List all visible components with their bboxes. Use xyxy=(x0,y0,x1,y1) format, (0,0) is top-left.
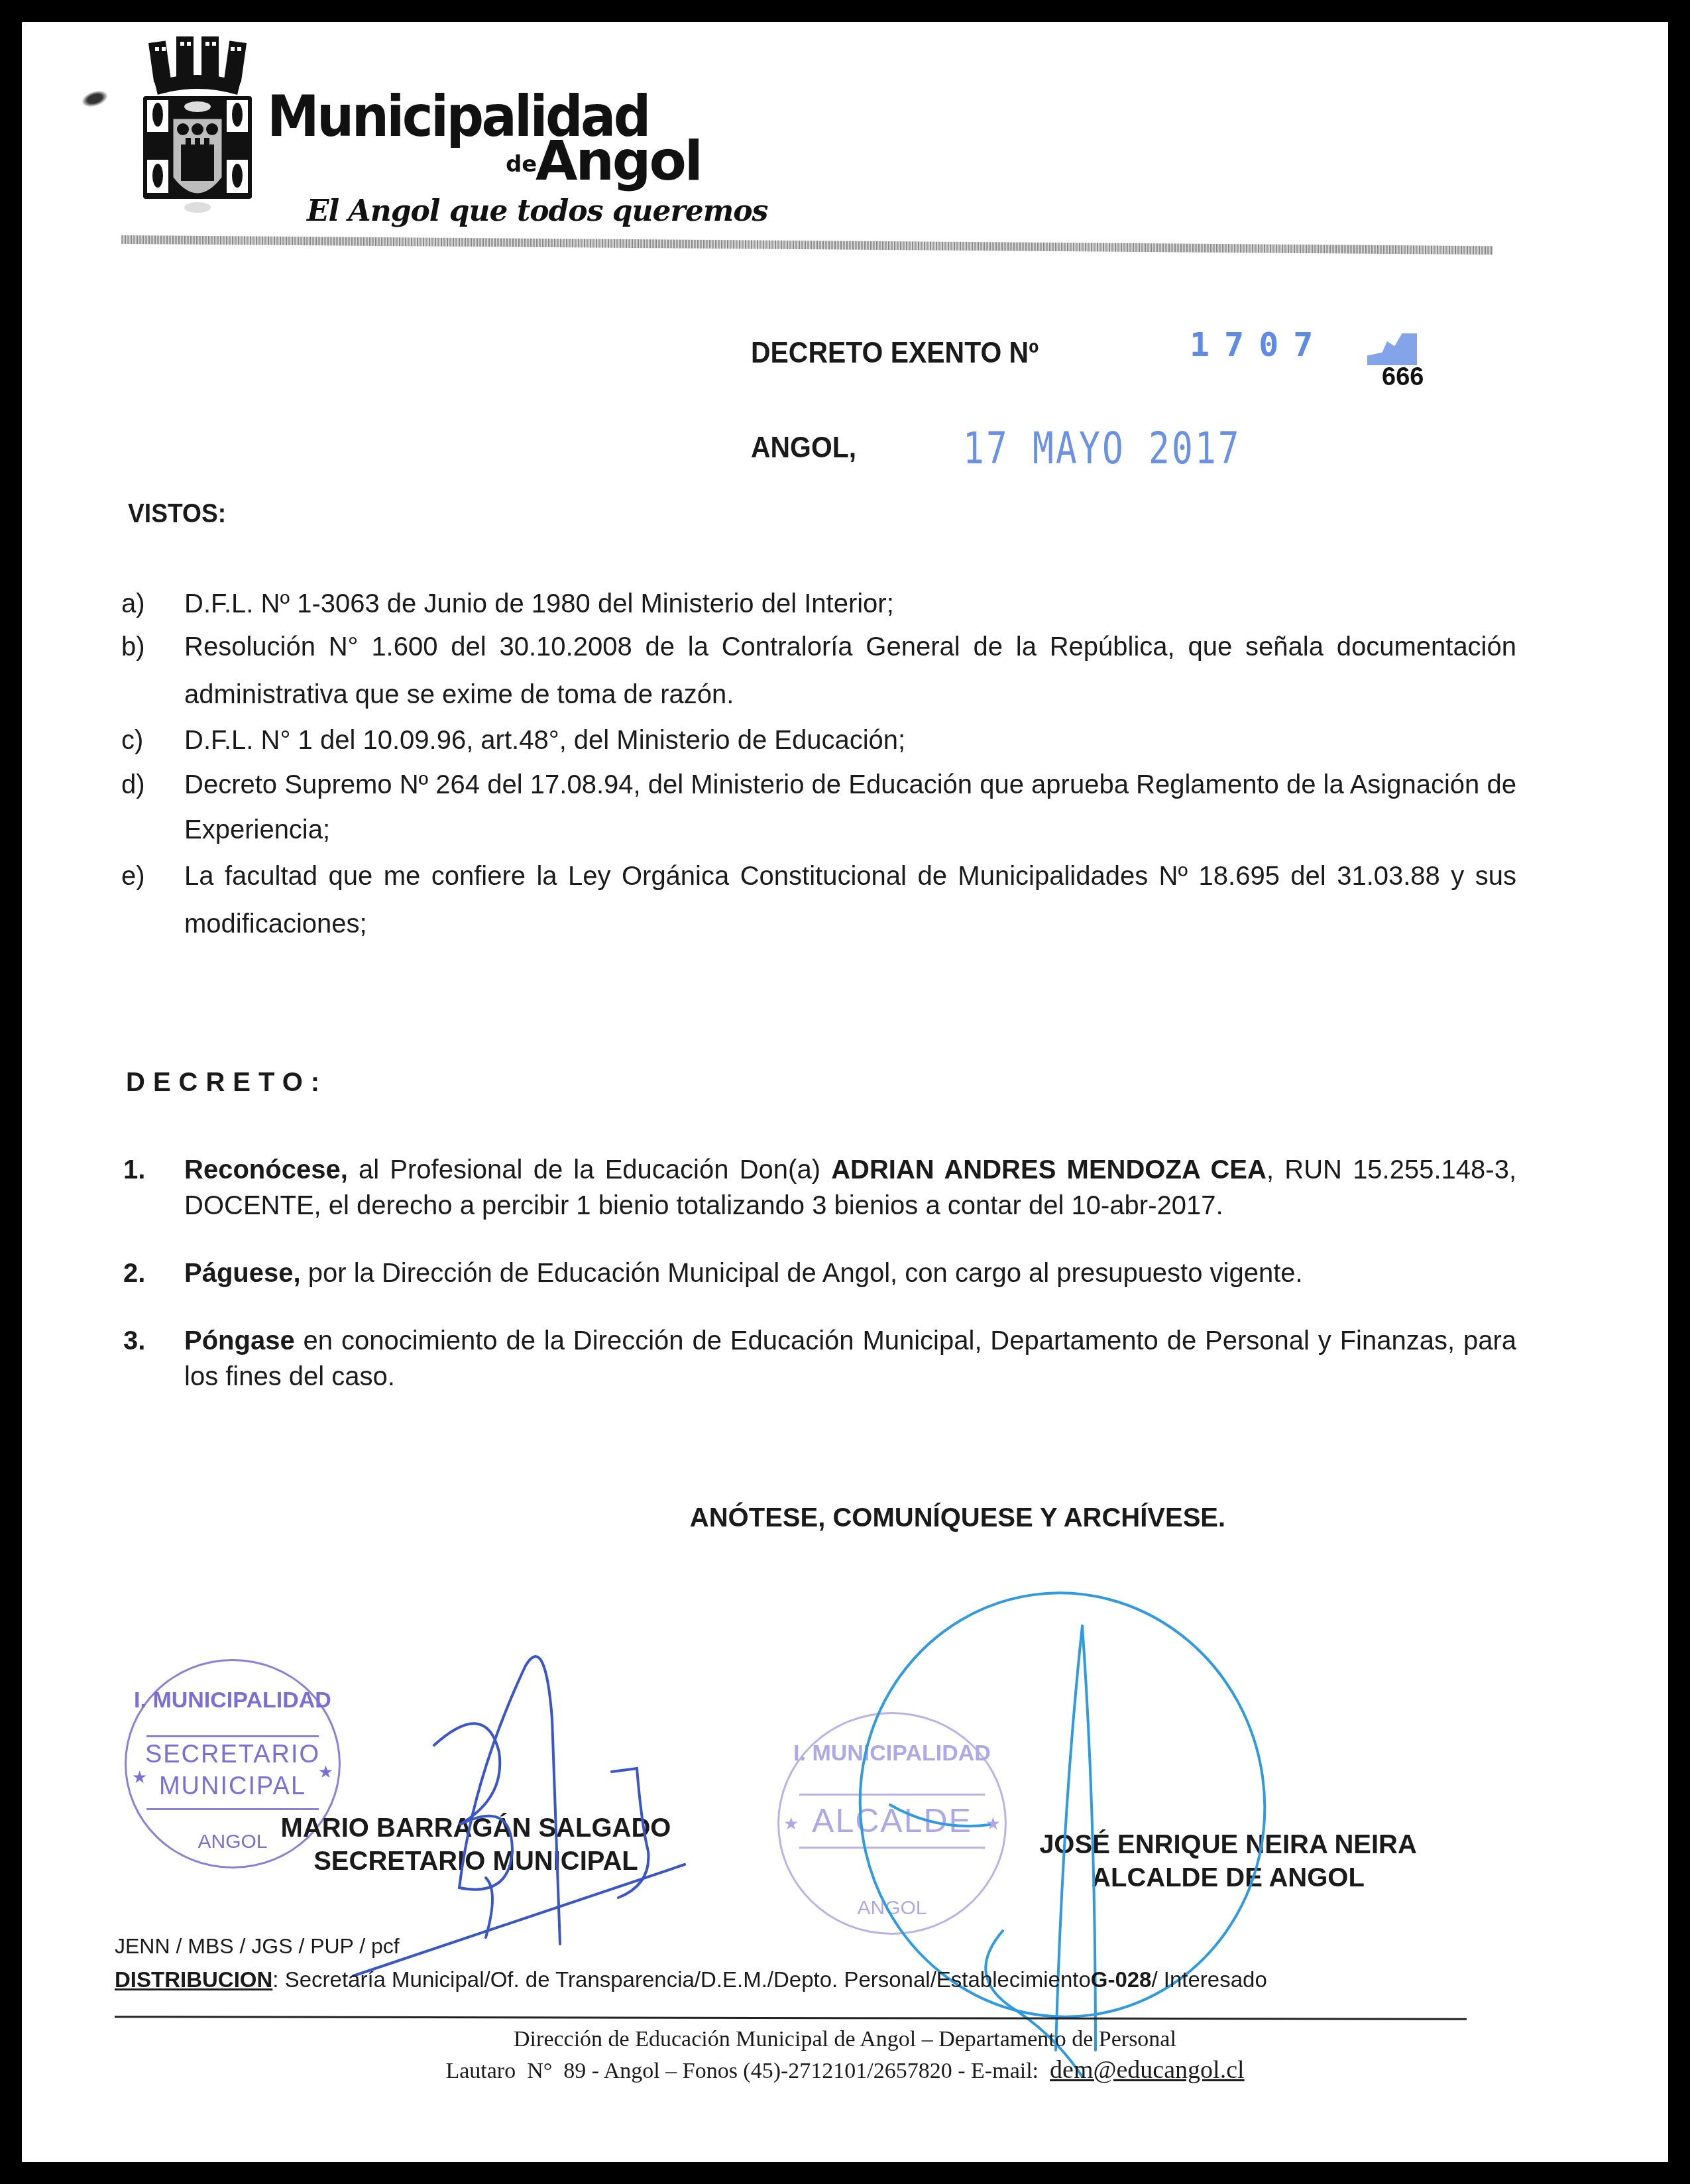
seal-rule xyxy=(146,1735,319,1737)
brand-angol: Angol xyxy=(535,135,701,189)
stamp-ink-blot xyxy=(1367,333,1417,365)
mayor-title: ALCALDE DE ANGOL xyxy=(1009,1861,1447,1894)
decreto-item: 1. Reconócese, al Profesional de la Educ… xyxy=(121,1152,1516,1224)
footer-divider xyxy=(115,2016,1467,2020)
seal-rule xyxy=(799,1794,985,1796)
vistos-item: d) Decreto Supremo Nº 264 del 17.08.94, … xyxy=(121,762,1516,852)
seal-rule xyxy=(799,1847,985,1849)
secretary-name: MARIO BARRAGÁN SALGADO xyxy=(244,1811,708,1845)
seal-text: MUNICIPAL xyxy=(127,1772,339,1801)
item-marker: c) xyxy=(121,718,143,762)
document-page: Municipalidad de Angol El Angol que todo… xyxy=(22,22,1668,2162)
seal-top-text: I. MUNICIPALIDAD xyxy=(127,1688,339,1713)
vistos-item: a) D.F.L. Nº 1-3063 de Junio de 1980 del… xyxy=(121,582,1516,626)
decree-label: DECRETO EXENTO Nº xyxy=(751,337,1039,370)
beneficiary-name: ADRIAN ANDRES MENDOZA CEA xyxy=(831,1155,1267,1184)
vistos-item: e) La facultad que me confiere la Ley Or… xyxy=(121,852,1516,948)
decreto-heading: DECRETO: xyxy=(126,1068,327,1098)
distribution-text: : Secretaría Municipal/Of. de Transparen… xyxy=(272,1967,1090,1992)
vistos-item: b) Resolución N° 1.600 del 30.10.2008 de… xyxy=(121,623,1516,718)
closing-formula: ANÓTESE, COMUNÍQUESE Y ARCHÍVESE. xyxy=(22,1503,1668,1533)
brand-slogan: El Angol que todos queremos xyxy=(307,194,767,228)
seal-top-text: I. MUNICIPALIDAD xyxy=(779,1741,1005,1766)
vistos-item: c) D.F.L. N° 1 del 10.09.96, art.48°, de… xyxy=(121,718,1516,762)
item-text: Resolución N° 1.600 del 30.10.2008 de la… xyxy=(184,623,1516,718)
item-marker: 2. xyxy=(123,1255,145,1291)
item-text: por la Dirección de Educación Municipal … xyxy=(301,1259,1303,1288)
scan-smudge xyxy=(80,87,110,109)
item-lead: Reconócese, xyxy=(184,1155,348,1184)
coat-of-arms-icon xyxy=(138,29,257,224)
decreto-item: 3. Póngase en conocimiento de la Direcci… xyxy=(121,1323,1516,1395)
seal-bottom-text: ANGOL xyxy=(779,1897,1005,1920)
item-marker: e) xyxy=(121,852,145,900)
vistos-heading: VISTOS: xyxy=(128,499,226,529)
item-marker: 3. xyxy=(123,1323,145,1359)
seal-text: ALCALDE xyxy=(779,1802,1005,1840)
decree-suffix-number: 666 xyxy=(1382,363,1424,392)
seal-rule xyxy=(146,1808,319,1810)
item-text: al Profesional de la Educación Don(a) xyxy=(348,1155,831,1184)
mayor-seal: I. MUNICIPALIDAD ALCALDE ★ ★ ANGOL xyxy=(777,1712,1007,1935)
item-marker: d) xyxy=(121,762,145,807)
initials-line: JENN / MBS / JGS / PUP / pcf xyxy=(115,1934,400,1959)
item-text: D.F.L. N° 1 del 10.09.96, art.48°, del M… xyxy=(184,718,1516,762)
item-marker: b) xyxy=(121,623,145,671)
star-icon: ★ xyxy=(132,1767,147,1788)
item-marker: a) xyxy=(121,582,145,626)
secretary-signature-block: MARIO BARRAGÁN SALGADO SECRETARIO MUNICI… xyxy=(244,1811,708,1878)
place-label: ANGOL, xyxy=(751,431,856,465)
item-marker: 1. xyxy=(123,1152,145,1188)
star-icon: ★ xyxy=(783,1813,799,1834)
distribution-tail: / Interesado xyxy=(1151,1967,1267,1992)
secretary-title: SECRETARIO MUNICIPAL xyxy=(244,1845,708,1878)
decreto-list: 1. Reconócese, al Profesional de la Educ… xyxy=(121,1152,1516,1426)
item-text: Decreto Supremo Nº 264 del 17.08.94, del… xyxy=(184,762,1516,852)
mayor-signature-block: JOSÉ ENRIQUE NEIRA NEIRA ALCALDE DE ANGO… xyxy=(1009,1828,1447,1894)
item-text: D.F.L. Nº 1-3063 de Junio de 1980 del Mi… xyxy=(184,582,1516,626)
stamped-decree-number: 1707 xyxy=(1190,325,1327,364)
star-icon: ★ xyxy=(986,1813,1001,1834)
distribution-code: G-028 xyxy=(1091,1967,1152,1992)
item-text: en conocimiento de la Dirección de Educa… xyxy=(184,1326,1516,1391)
seal-text: SECRETARIO xyxy=(127,1741,339,1769)
footer-contact: Lautaro N° 89 - Angol – Fonos (45)-27121… xyxy=(22,2055,1668,2085)
footer-department: Dirección de Educación Municipal de Ango… xyxy=(22,2027,1668,2052)
star-icon: ★ xyxy=(318,1762,333,1782)
distribution-line: DISTRIBUCION: Secretaría Municipal/Of. d… xyxy=(115,1967,1267,1992)
decreto-item: 2. Páguese, por la Dirección de Educació… xyxy=(121,1255,1516,1291)
distribution-label: DISTRIBUCION xyxy=(115,1967,272,1992)
brand-de: de xyxy=(506,151,537,178)
item-text: La facultad que me confiere la Ley Orgán… xyxy=(184,852,1516,948)
stamped-date: 17 MAYO 2017 xyxy=(963,423,1241,474)
footer-address: Lautaro N° 89 - Angol – Fonos (45)-27121… xyxy=(445,2059,1050,2083)
footer-email-link[interactable]: dem@educangol.cl xyxy=(1050,2056,1245,2084)
header-divider xyxy=(121,235,1493,255)
vistos-list: a) D.F.L. Nº 1-3063 de Junio de 1980 del… xyxy=(121,582,1516,948)
mayor-name: JOSÉ ENRIQUE NEIRA NEIRA xyxy=(1009,1828,1447,1861)
item-lead: Páguese, xyxy=(184,1259,301,1288)
item-lead: Póngase xyxy=(184,1326,295,1355)
